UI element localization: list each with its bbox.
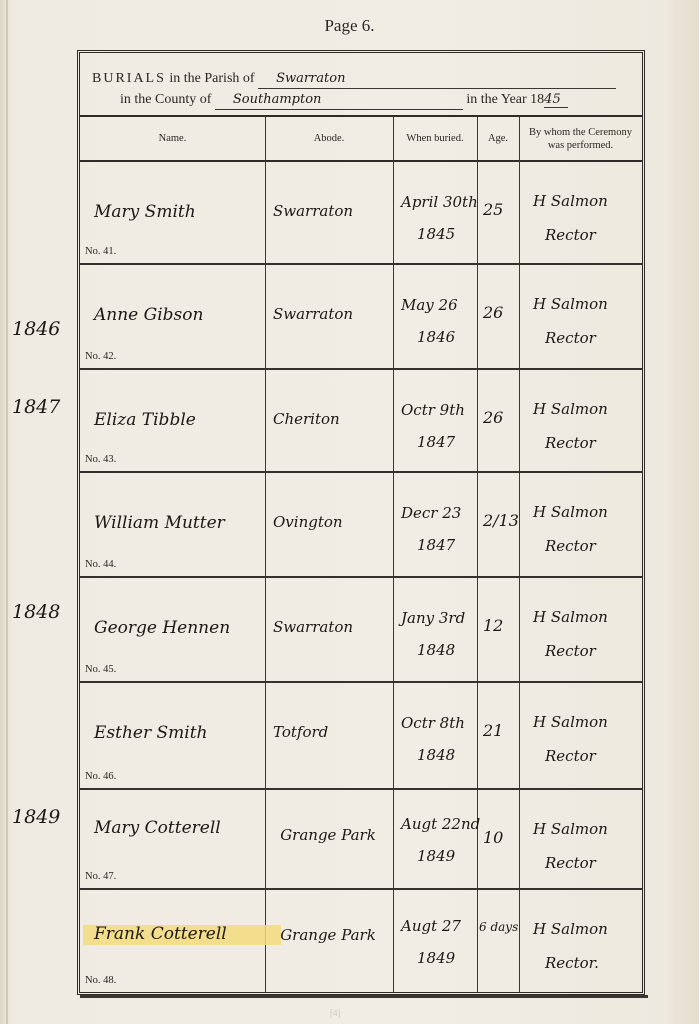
- cell-officiant: H SalmonRector: [519, 162, 642, 263]
- entry-date: Augt 271849: [401, 910, 461, 974]
- officiant-title: Rector: [533, 321, 608, 355]
- officiant-title: Rector: [533, 426, 608, 460]
- cell-age: 21: [477, 683, 519, 788]
- date-day: May 26: [401, 289, 458, 321]
- cell-officiant: H SalmonRector: [519, 578, 642, 681]
- table-row: Mary Smith No. 41. Swarraton April 30th1…: [80, 162, 642, 265]
- entry-officiant: H SalmonRector.: [533, 912, 608, 980]
- officiant-name: H Salmon: [533, 184, 608, 218]
- cell-abode: Swarraton: [265, 265, 393, 368]
- table-row: George Hennen No. 45. Swarraton Jany 3rd…: [80, 578, 642, 683]
- entry-officiant: H SalmonRector: [533, 812, 608, 880]
- entry-date: April 30th1845: [401, 186, 478, 250]
- table-row: Anne Gibson No. 42. Swarraton May 261846…: [80, 265, 642, 370]
- entry-age: 2/13: [483, 511, 519, 530]
- entry-age: 25: [483, 200, 503, 219]
- entry-number: No. 42.: [85, 351, 116, 362]
- cell-name: Esther Smith No. 46.: [80, 683, 265, 788]
- entry-number: No. 48.: [85, 975, 116, 986]
- parish-field: Swarraton: [258, 72, 616, 89]
- year-prefix: in the Year 18: [466, 92, 544, 107]
- margin-year-1846: 1846: [12, 318, 60, 340]
- entry-name: Mary Smith: [94, 202, 196, 222]
- cell-abode: Ovington: [265, 473, 393, 576]
- cell-date: Jany 3rd1848: [393, 578, 477, 681]
- cell-age: 6 days: [477, 890, 519, 992]
- county-line: in the County of Southampton in the Year…: [120, 92, 568, 110]
- cell-abode: Swarraton: [265, 578, 393, 681]
- county-prefix: in the County of: [120, 92, 211, 107]
- cell-date: May 261846: [393, 265, 477, 368]
- entry-name: Anne Gibson: [94, 305, 203, 325]
- entry-name: William Mutter: [94, 513, 225, 533]
- cell-officiant: H SalmonRector.: [519, 890, 642, 992]
- margin-year-1847: 1847: [12, 396, 60, 418]
- entry-age: 26: [483, 303, 503, 322]
- officiant-title: Rector: [533, 739, 608, 773]
- officiant-title: Rector: [533, 529, 608, 563]
- parish-line: BURIALS in the Parish of Swarraton: [92, 71, 616, 89]
- officiant-title: Rector: [533, 634, 608, 668]
- county-field: Southampton: [215, 93, 463, 110]
- date-year: 1849: [401, 942, 461, 974]
- column-header-name: Name.: [80, 117, 265, 160]
- date-year: 1845: [401, 218, 478, 250]
- cell-officiant: H SalmonRector: [519, 790, 642, 888]
- date-day: Octr 9th: [401, 394, 465, 426]
- table-row: William Mutter No. 44. Ovington Decr 231…: [80, 473, 642, 578]
- cell-age: 10: [477, 790, 519, 888]
- entry-abode: Grange Park: [273, 818, 383, 852]
- cell-date: Augt 22nd1849: [393, 790, 477, 888]
- entry-date: Octr 8th1848: [401, 707, 465, 771]
- entry-abode: Swarraton: [273, 305, 353, 323]
- entry-date: Jany 3rd1848: [401, 602, 465, 666]
- officiant-name: H Salmon: [533, 600, 608, 634]
- cell-age: 26: [477, 370, 519, 471]
- entry-abode: Swarraton: [273, 202, 353, 220]
- cell-age: 12: [477, 578, 519, 681]
- entry-name: Eliza Tibble: [94, 410, 196, 430]
- cell-abode: Cheriton: [265, 370, 393, 471]
- cell-officiant: H SalmonRector: [519, 683, 642, 788]
- date-year: 1848: [401, 634, 465, 666]
- cell-abode: Swarraton: [265, 162, 393, 263]
- cell-date: April 30th1845: [393, 162, 477, 263]
- margin-year-1849: 1849: [12, 806, 60, 828]
- entry-officiant: H SalmonRector: [533, 705, 608, 773]
- date-day: Decr 23: [401, 497, 461, 529]
- entry-officiant: H SalmonRector: [533, 600, 608, 668]
- entry-abode: Cheriton: [273, 410, 340, 428]
- register-title: BURIALS in the Parish of Swarraton in th…: [80, 53, 642, 117]
- page-binding-crease: [6, 0, 8, 1024]
- entry-date: Decr 231847: [401, 497, 461, 561]
- entry-abode: Grange Park: [273, 918, 383, 952]
- entry-number: No. 47.: [85, 871, 116, 882]
- page-number: Page 6.: [0, 16, 699, 36]
- frame-bottom-rule: [80, 995, 648, 998]
- date-day: Augt 22nd: [401, 808, 480, 840]
- parish-prefix: in the Parish of: [169, 71, 254, 86]
- table-row: Esther Smith No. 46. Totford Octr 8th184…: [80, 683, 642, 790]
- entry-number: No. 45.: [85, 664, 116, 675]
- cell-officiant: H SalmonRector: [519, 473, 642, 576]
- officiant-title: Rector: [533, 218, 608, 252]
- entry-name: Esther Smith: [94, 723, 208, 743]
- table-row: Eliza Tibble No. 43. Cheriton Octr 9th18…: [80, 370, 642, 473]
- entry-date: May 261846: [401, 289, 458, 353]
- entry-abode: Ovington: [273, 513, 343, 531]
- entry-date: Octr 9th1847: [401, 394, 465, 458]
- date-year: 1847: [401, 426, 465, 458]
- date-year: 1849: [401, 840, 480, 872]
- table-row: Mary Cotterell No. 47. Grange Park Augt …: [80, 790, 642, 890]
- date-year: 1846: [401, 321, 458, 353]
- column-header-by-whom: By whom the Ceremony was performed.: [519, 117, 642, 160]
- cell-date: Octr 9th1847: [393, 370, 477, 471]
- cell-name: George Hennen No. 45.: [80, 578, 265, 681]
- officiant-title: Rector: [533, 846, 608, 880]
- margin-year-1848: 1848: [12, 601, 60, 623]
- entry-age: 10: [483, 828, 503, 847]
- cell-name: Anne Gibson No. 42.: [80, 265, 265, 368]
- entry-age: 26: [483, 408, 503, 427]
- cell-age: 26: [477, 265, 519, 368]
- burial-table: Name. Abode. When buried. Age. By whom t…: [80, 117, 642, 992]
- cell-age: 25: [477, 162, 519, 263]
- entry-abode: Swarraton: [273, 618, 353, 636]
- officiant-name: H Salmon: [533, 287, 608, 321]
- date-year: 1848: [401, 739, 465, 771]
- cell-name: Mary Smith No. 41.: [80, 162, 265, 263]
- officiant-title: Rector.: [533, 946, 608, 980]
- officiant-name: H Salmon: [533, 812, 608, 846]
- date-year: 1847: [401, 529, 461, 561]
- date-day: April 30th: [401, 186, 478, 218]
- cell-name: Mary Cotterell No. 47.: [80, 790, 265, 888]
- column-header-age: Age.: [477, 117, 519, 160]
- entry-age: 12: [483, 616, 503, 635]
- entry-number: No. 41.: [85, 246, 116, 257]
- entry-abode: Totford: [273, 723, 328, 741]
- cell-age: 2/13: [477, 473, 519, 576]
- date-day: Octr 8th: [401, 707, 465, 739]
- entry-officiant: H SalmonRector: [533, 287, 608, 355]
- cell-abode: Totford: [265, 683, 393, 788]
- officiant-name: H Salmon: [533, 705, 608, 739]
- officiant-name: H Salmon: [533, 495, 608, 529]
- year-field: 45: [544, 92, 568, 108]
- cell-officiant: H SalmonRector: [519, 265, 642, 368]
- table-header: Name. Abode. When buried. Age. By whom t…: [80, 117, 642, 162]
- entry-number: No. 44.: [85, 559, 116, 570]
- entry-number: No. 46.: [85, 771, 116, 782]
- column-header-when-buried: When buried.: [393, 117, 477, 160]
- cell-date: Decr 231847: [393, 473, 477, 576]
- entry-age: 6 days: [479, 920, 518, 934]
- cell-abode: Grange Park: [265, 890, 393, 992]
- date-day: Augt 27: [401, 910, 461, 942]
- footer-mark: [4]: [330, 1008, 341, 1018]
- cell-officiant: H SalmonRector: [519, 370, 642, 471]
- burials-label: BURIALS: [92, 71, 166, 86]
- officiant-name: H Salmon: [533, 392, 608, 426]
- entry-name: Mary Cotterell: [94, 818, 221, 838]
- highlighted-name-overlay: Frank Cotterell: [94, 924, 227, 944]
- entry-officiant: H SalmonRector: [533, 184, 608, 252]
- column-header-abode: Abode.: [265, 117, 393, 160]
- entry-date: Augt 22nd1849: [401, 808, 480, 872]
- officiant-name: H Salmon: [533, 912, 608, 946]
- date-day: Jany 3rd: [401, 602, 465, 634]
- cell-date: Augt 271849: [393, 890, 477, 992]
- cell-name: William Mutter No. 44.: [80, 473, 265, 576]
- entry-officiant: H SalmonRector: [533, 495, 608, 563]
- entry-age: 21: [483, 721, 503, 740]
- cell-date: Octr 8th1848: [393, 683, 477, 788]
- entry-number: No. 43.: [85, 454, 116, 465]
- entry-name: George Hennen: [94, 618, 230, 638]
- entry-officiant: H SalmonRector: [533, 392, 608, 460]
- cell-name: Eliza Tibble No. 43.: [80, 370, 265, 471]
- cell-abode: Grange Park: [265, 790, 393, 888]
